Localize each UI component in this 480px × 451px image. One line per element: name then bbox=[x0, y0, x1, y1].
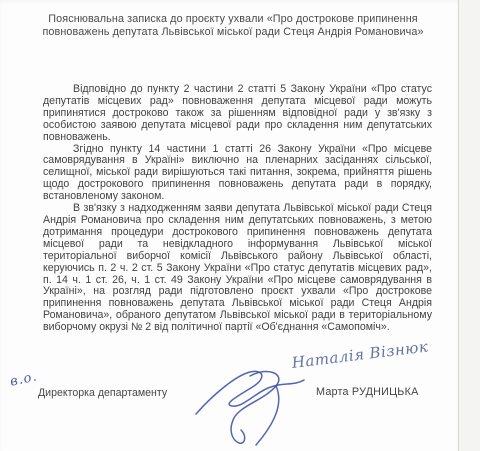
document-body: Відповідно до пункту 2 частини 2 статті … bbox=[43, 84, 432, 334]
printed-signer-name: Марта РУДНИЦЬКА bbox=[316, 386, 419, 398]
paragraph-legal-basis-self-government-law: Згідно пункту 14 частини 1 статті 26 Зак… bbox=[43, 144, 432, 204]
handwritten-acting-prefix: в.о. bbox=[9, 369, 39, 389]
scanned-document-page: Пояснювальна записка до проєкту ухвали «… bbox=[0, 0, 459, 451]
handwritten-signer-name: Наталія Візнюк bbox=[291, 337, 429, 372]
document-title: Пояснювальна записка до проєкту ухвали «… bbox=[38, 13, 428, 39]
signature-block: в.о. Директорка департаменту Наталія Віз… bbox=[0, 350, 458, 451]
paragraph-legal-basis-status-law: Відповідно до пункту 2 частини 2 статті … bbox=[43, 84, 432, 144]
paragraph-resolution-preparation: В зв'язку з надходженням заяви депутата … bbox=[43, 203, 432, 334]
signer-position-title: Директорка департаменту bbox=[38, 387, 167, 399]
